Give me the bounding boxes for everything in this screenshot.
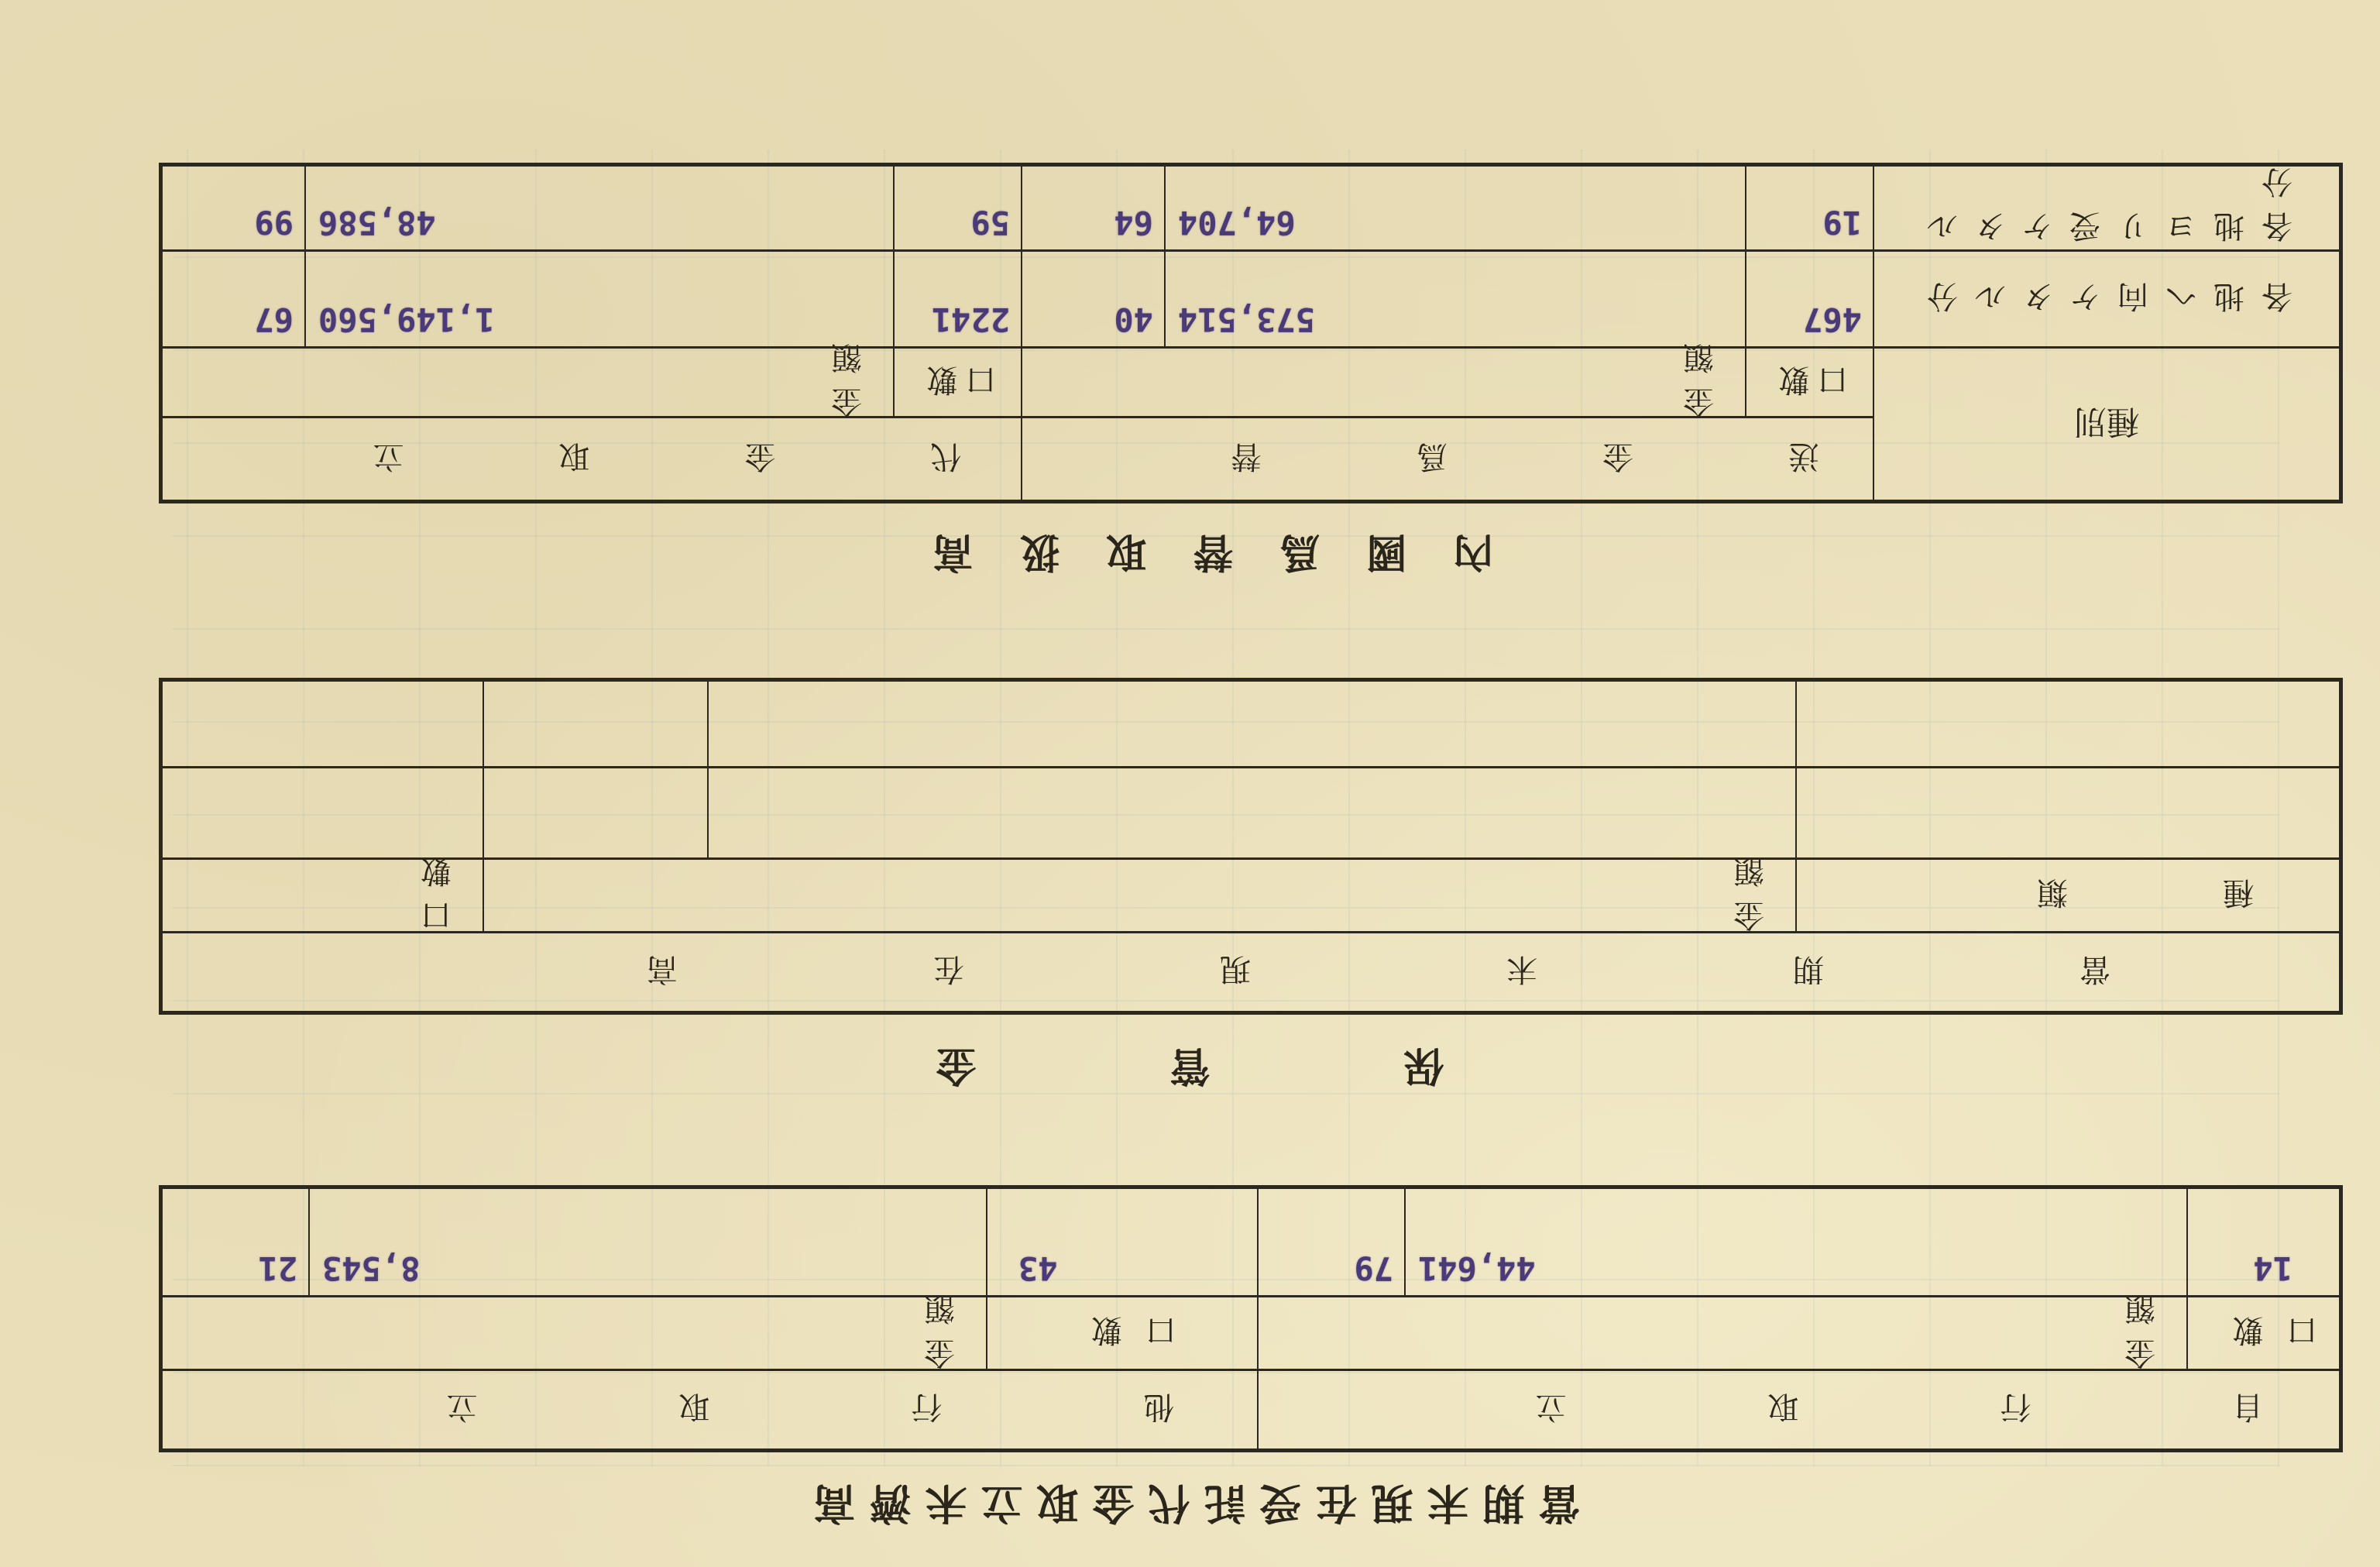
own-cents-value: 79 [1259,1189,1406,1297]
own-count-value: 14 [2188,1189,2339,1297]
ledger-page: 種別 送金爲替 代金取立 口數 金額 口數 金額 各地へ向ケタル分 467 57 [0,0,2380,1567]
custody-row-2-category [1797,682,2339,768]
other-amount-value: 8,543 [310,1189,987,1297]
custody-row-2-count [163,682,484,768]
custody-table: 當期末現在高 種類 金額 口數 [159,678,2343,1015]
incoming-collection-amount: 48,586 [306,163,895,252]
custody-title: 保管金 [0,1040,2380,1098]
incoming-remittance-amount: 64,704 [1166,163,1746,252]
header-other-amount: 金額 [163,1297,987,1371]
outgoing-remittance-cents: 40 [1022,252,1166,349]
header-other-bank: 他行取立 [163,1371,1259,1448]
incoming-remittance-count: 19 [1746,163,1874,252]
header-collection-amount: 金額 [159,349,895,418]
domestic-exchange-table: 種別 送金爲替 代金取立 口數 金額 口數 金額 各地へ向ケタル分 467 57 [159,163,2343,503]
header-collection: 代金取立 [159,418,1022,500]
other-count-value: 43 [987,1189,1259,1297]
custody-row-1-amount [709,768,1797,860]
header-own-bank: 自行取立 [1259,1371,2339,1448]
incoming-collection-cents: 99 [159,163,306,252]
row-label-outgoing: 各地へ向ケタル分 [1874,252,2339,349]
custody-header-count: 口數 [163,860,484,933]
custody-row-1-cents [484,768,709,860]
outgoing-collection-count: 2241 [895,252,1022,349]
header-collection-count: 口數 [895,349,1022,418]
header-own-count: 口數 [2188,1297,2339,1371]
header-category: 種別 [1874,349,2339,500]
custody-header-category: 種類 [1797,860,2339,933]
custody-header-amount: 金額 [484,860,1797,933]
own-amount-value: 44,641 [1406,1189,2188,1297]
outgoing-collection-cents: 67 [159,252,306,349]
row-label-incoming: 各地ヨリ受ケタル分 [1874,163,2339,252]
outgoing-collection-amount: 1,149,560 [306,252,895,349]
header-own-amount: 金額 [1259,1297,2188,1371]
incoming-collection-count: 59 [895,163,1022,252]
incoming-remittance-cents: 64 [1022,163,1166,252]
outgoing-remittance-count: 467 [1746,252,1874,349]
outgoing-remittance-amount: 573,514 [1166,252,1746,349]
custody-row-1-category [1797,768,2339,860]
header-remittance: 送金爲替 [1022,418,1874,500]
header-other-count: 口數 [987,1297,1259,1371]
custody-row-1-count [163,768,484,860]
custody-period-header: 當期末現在高 [163,933,2339,1011]
domestic-exchange-title: 內國爲替取扱高 [0,527,2380,585]
custody-row-2-amount [709,682,1797,768]
header-remittance-amount: 金額 [1022,349,1746,418]
uncollected-title: 當期末現在受託代金取立未濟高 [0,1476,2380,1536]
custody-row-2-cents [484,682,709,768]
uncollected-table: 自行取立 他行取立 口數 金額 口數 金額 14 44,641 79 43 8 [159,1185,2343,1452]
other-cents-value: 21 [163,1189,310,1297]
header-remittance-count: 口數 [1746,349,1874,418]
